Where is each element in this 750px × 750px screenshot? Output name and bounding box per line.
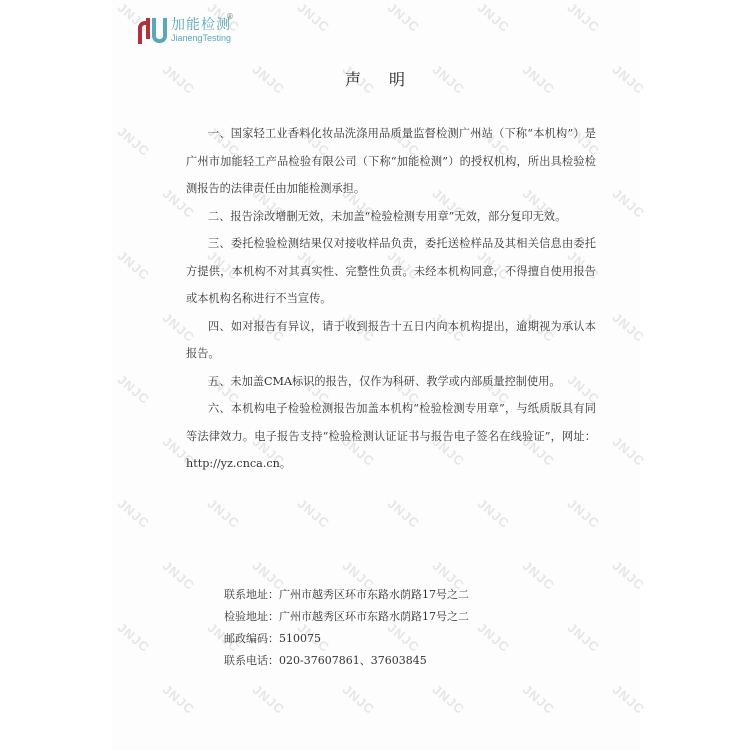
inspection-address: 检验地址：广州市越秀区环市东路水荫路17号之二 <box>224 606 469 628</box>
declaration-paragraph-3: 三、委托检验检测结果仅对接收样品负责，委托送检样品及其相关信息由委托方提供，本机… <box>186 230 596 313</box>
declaration-paragraph-2: 二、报告涂改增删无效，未加盖“检验检测专用章”无效，部分复印无效。 <box>186 203 596 231</box>
postal-code-value: 510075 <box>279 632 321 645</box>
declaration-paragraph-4: 四、如对报告有异议，请于收到报告十五日内向本机构提出，逾期视为承认本报告。 <box>186 313 596 368</box>
contact-address-value: 广州市越秀区环市东路水荫路17号之二 <box>279 588 469 601</box>
inspection-address-label: 检验地址： <box>224 610 279 623</box>
contact-phone-value: 020-37607861、37603845 <box>279 654 427 667</box>
contact-address-label: 联系地址： <box>224 588 279 601</box>
logo-name-en: JianengTesting <box>171 33 231 44</box>
contact-phone-label: 联系电话： <box>224 654 279 667</box>
declaration-paragraph-6: 六、本机构电子检验检测报告加盖本机构“检验检测专用章”，与纸质版具有同等法律效力… <box>186 395 596 478</box>
declaration-paragraph-1: 一、国家轻工业香料化妆品洗涤用品质量监督检测广州站（下称“本机构”）是广州市加能… <box>186 120 596 203</box>
contact-address: 联系地址：广州市越秀区环市东路水荫路17号之二 <box>224 584 469 606</box>
registered-mark: ® <box>226 12 234 21</box>
logo-jn-icon <box>137 14 167 46</box>
declaration-paragraph-5: 五、未加盖CMA标识的报告，仅作为科研、教学或内部质量控制使用。 <box>186 368 596 396</box>
logo-name-cn: 加能检测 <box>171 17 231 33</box>
inspection-address-value: 广州市越秀区环市东路水荫路17号之二 <box>279 610 469 623</box>
postal-code-label: 邮政编码： <box>224 632 279 645</box>
contact-phone: 联系电话：020-37607861、37603845 <box>224 650 469 672</box>
document-title: 声明 <box>0 67 750 90</box>
postal-code: 邮政编码：510075 <box>224 628 469 650</box>
company-logo: 加能检测 JianengTesting <box>137 14 231 46</box>
declaration-body: 一、国家轻工业香料化妆品洗涤用品质量监督检测广州站（下称“本机构”）是广州市加能… <box>186 120 596 478</box>
contact-info: 联系地址：广州市越秀区环市东路水荫路17号之二 检验地址：广州市越秀区环市东路水… <box>224 584 469 672</box>
